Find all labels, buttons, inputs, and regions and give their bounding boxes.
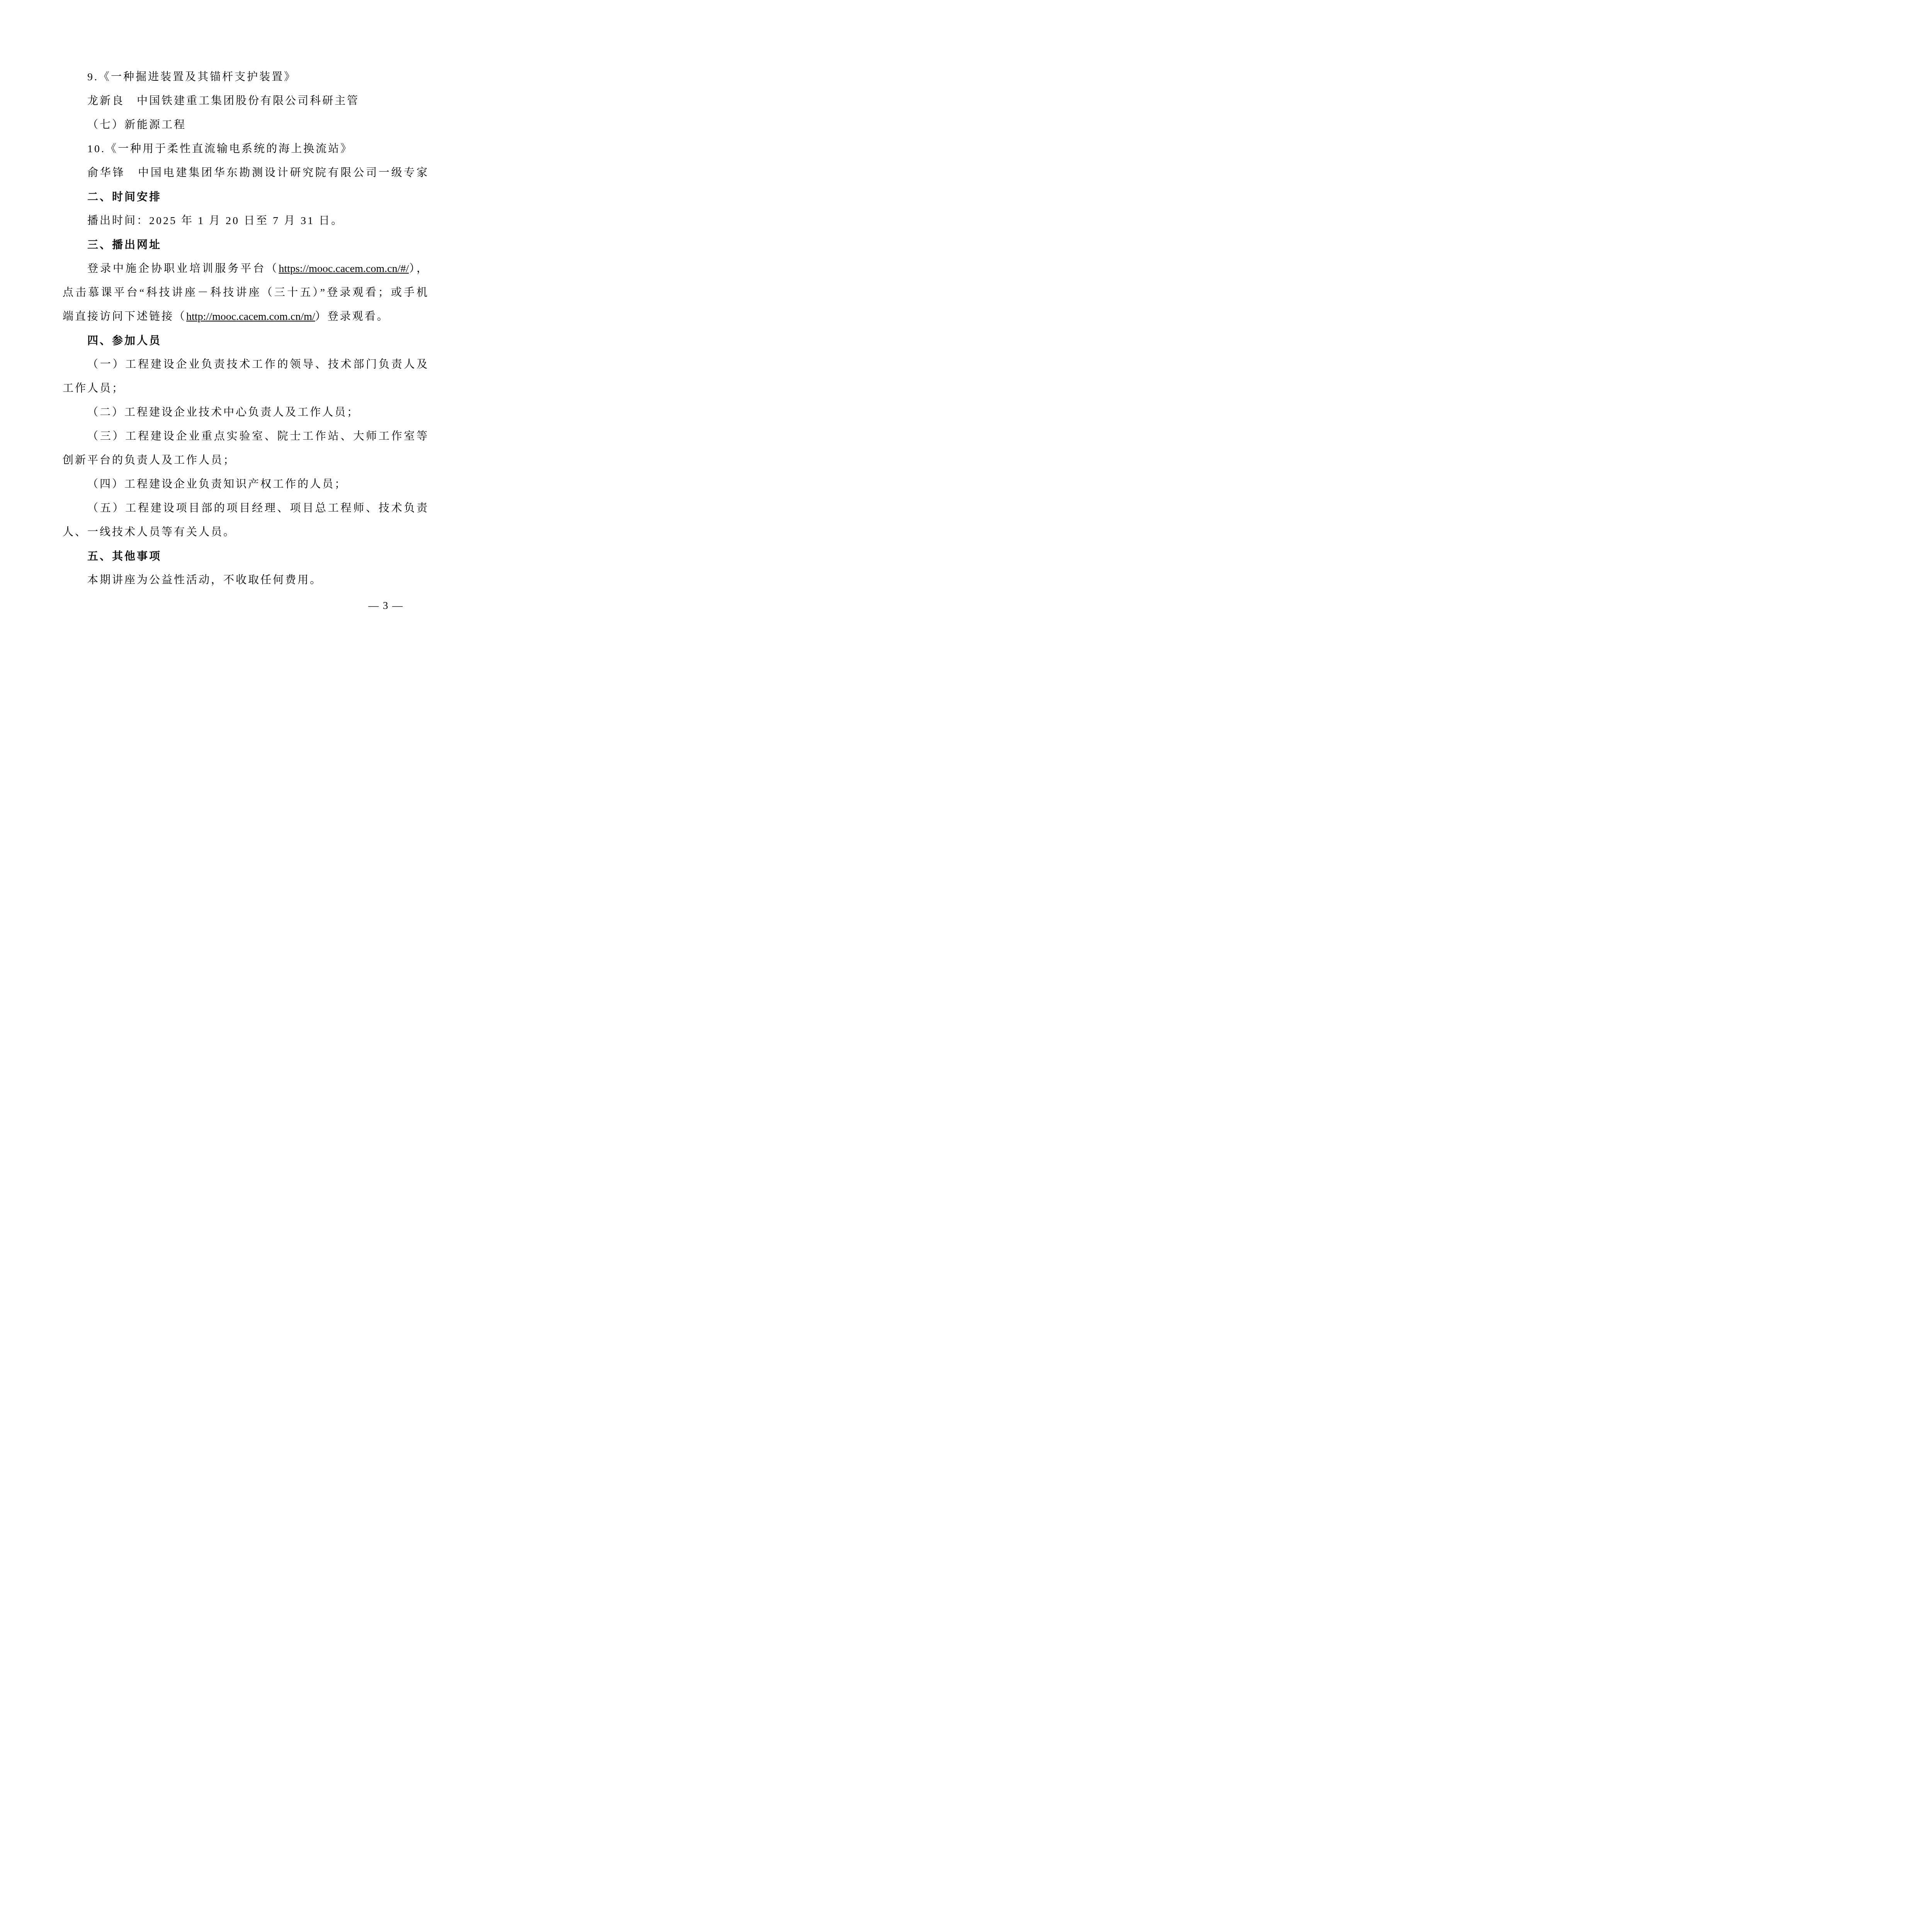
participants-item-5-line-1: （五）工程建设项目部的项目经理、项目总工程师、技术负责 [63, 497, 429, 520]
patent-9-title: 9.《一种掘进装置及其锚杆支护装置》 [63, 65, 429, 89]
document-body: 9.《一种掘进装置及其锚杆支护装置》 龙新良 中国铁建重工集团股份有限公司科研主… [63, 65, 429, 592]
section-heading-other: 五、其他事项 [63, 544, 429, 568]
web-access-line-3-text: 端直接访问下述链接（ [63, 311, 186, 323]
mooc-web-link[interactable]: https://mooc.cacem.com.cn/#/ [279, 263, 409, 275]
patent-10-presenter: 俞华锋 中国电建集团华东勘测设计研究院有限公司一级专家 [63, 161, 429, 185]
web-access-line-1: 登录中施企协职业培训服务平台（https://mooc.cacem.com.cn… [63, 257, 429, 281]
fee-note: 本期讲座为公益性活动，不收取任何费用。 [63, 568, 429, 592]
participants-item-5-line-2: 人、一线技术人员等有关人员。 [63, 520, 429, 544]
participants-item-4: （四）工程建设企业负责知识产权工作的人员； [63, 473, 429, 497]
section-heading-participants: 四、参加人员 [63, 329, 429, 353]
patent-10-title: 10.《一种用于柔性直流输电系统的海上换流站》 [63, 137, 429, 161]
participants-item-1-line-2: 工作人员； [63, 377, 429, 401]
document-page: 9.《一种掘进装置及其锚杆支护装置》 龙新良 中国铁建重工集团股份有限公司科研主… [0, 0, 479, 678]
web-access-line-1-text: 登录中施企协职业培训服务平台（ [87, 263, 279, 275]
mooc-mobile-link[interactable]: http://mooc.cacem.com.cn/m/ [186, 311, 315, 323]
web-access-line-3: 端直接访问下述链接（http://mooc.cacem.com.cn/m/）登录… [63, 305, 429, 329]
participants-item-1-line-1: （一）工程建设企业负责技术工作的领导、技术部门负责人及 [63, 353, 429, 377]
category-7-label: （七）新能源工程 [63, 113, 429, 137]
patent-9-presenter: 龙新良 中国铁建重工集团股份有限公司科研主管 [63, 89, 429, 113]
page-number: — 3 — [368, 594, 403, 617]
web-access-line-3-tail: ）登录观看。 [315, 311, 390, 323]
broadcast-time: 播出时间：2025 年 1 月 20 日至 7 月 31 日。 [63, 209, 429, 233]
web-access-line-2: 点击慕课平台“科技讲座－科技讲座（三十五）”登录观看；或手机 [63, 281, 429, 305]
participants-item-3-line-2: 创新平台的负责人及工作人员； [63, 449, 429, 473]
participants-item-3-line-1: （三）工程建设企业重点实验室、院士工作站、大师工作室等 [63, 425, 429, 449]
web-access-line-1-tail: ）， [409, 263, 429, 275]
section-heading-url: 三、播出网址 [63, 233, 429, 257]
section-heading-time: 二、时间安排 [63, 185, 429, 209]
participants-item-2: （二）工程建设企业技术中心负责人及工作人员； [63, 401, 429, 425]
